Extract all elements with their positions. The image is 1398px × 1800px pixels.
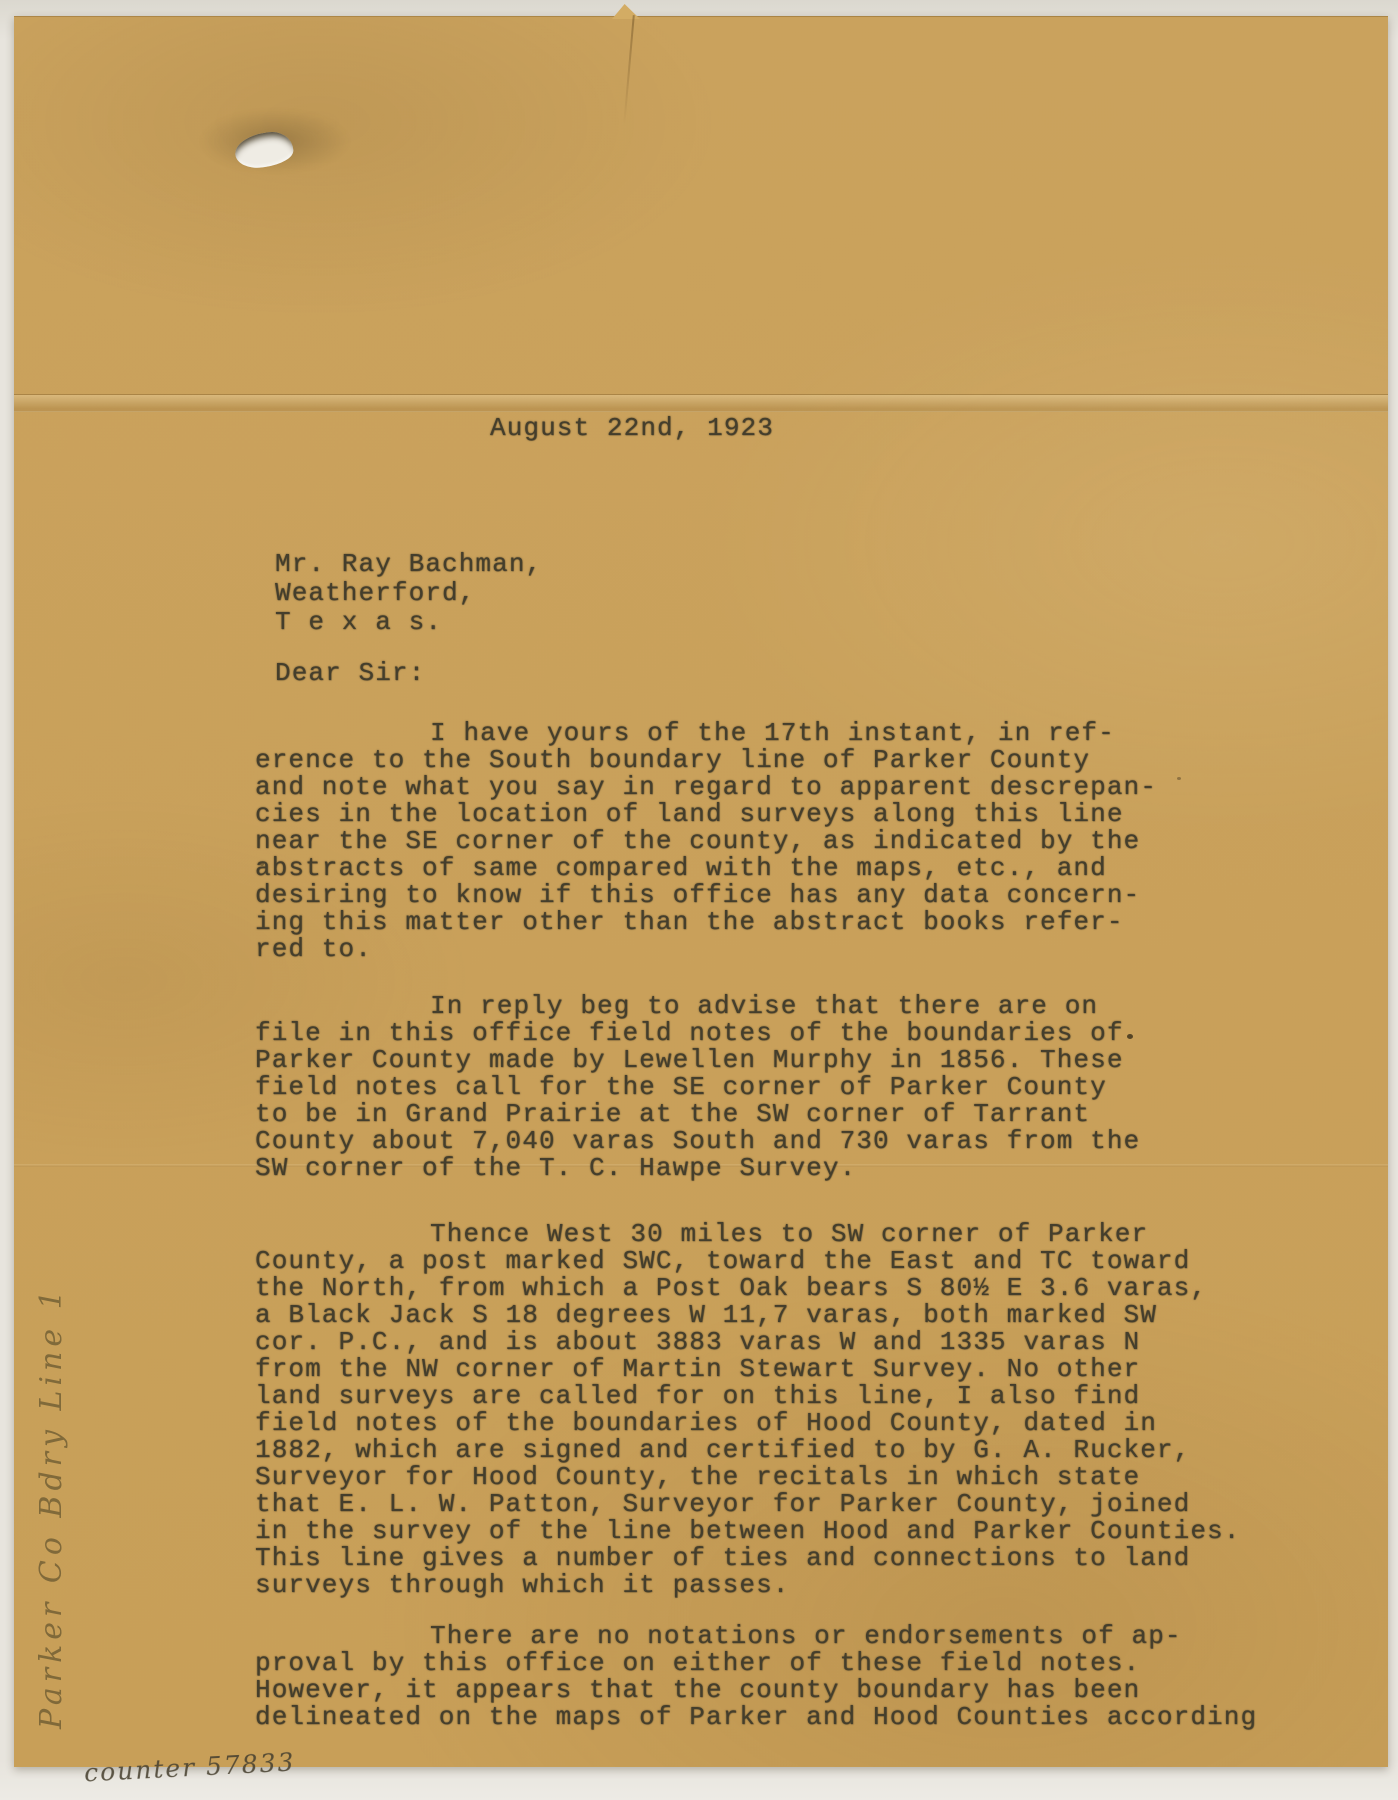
recipient-name: Mr. Ray Bachman, bbox=[275, 550, 542, 579]
typed-line: However, it appears that the county boun… bbox=[255, 1677, 1315, 1704]
typed-line: I have yours of the 17th instant, in ref… bbox=[255, 720, 1315, 747]
typed-line: desiring to know if this office has any … bbox=[255, 882, 1315, 909]
salutation: Dear Sir: bbox=[275, 660, 425, 687]
typed-line: SW corner of the T. C. Hawpe Survey. bbox=[255, 1155, 1315, 1182]
paper-tear-crease bbox=[623, 15, 635, 125]
paper-tear bbox=[612, 4, 640, 19]
typed-line: erence to the South boundary line of Par… bbox=[255, 747, 1315, 774]
typed-line: Parker County made by Lewellen Murphy in… bbox=[255, 1047, 1315, 1074]
typed-line: abstracts of same compared with the maps… bbox=[255, 855, 1315, 882]
typed-line: the North, from which a Post Oak bears S… bbox=[255, 1275, 1315, 1302]
typed-line: 1882, which are signed and certified to … bbox=[255, 1437, 1315, 1464]
typed-line: that E. L. W. Patton, Surveyor for Parke… bbox=[255, 1491, 1315, 1518]
typed-line: a Black Jack S 18 degrees W 11,7 varas, … bbox=[255, 1302, 1315, 1329]
paragraph: There are no notations or endorsements o… bbox=[255, 1623, 1315, 1731]
recipient-state: T e x a s. bbox=[275, 608, 542, 637]
typed-line: There are no notations or endorsements o… bbox=[255, 1623, 1315, 1650]
typed-line: ing this matter other than the abstract … bbox=[255, 909, 1315, 936]
typed-line: file in this office field notes of the b… bbox=[255, 1020, 1315, 1047]
fold-crease-top bbox=[14, 394, 1388, 412]
typed-line: land surveys are called for on this line… bbox=[255, 1383, 1315, 1410]
typed-line: cies in the location of land surveys alo… bbox=[255, 801, 1315, 828]
typed-line: cor. P.C., and is about 3883 varas W and… bbox=[255, 1329, 1315, 1356]
typed-line: near the SE corner of the county, as ind… bbox=[255, 828, 1315, 855]
typed-line: to be in Grand Prairie at the SW corner … bbox=[255, 1101, 1315, 1128]
paragraph: I have yours of the 17th instant, in ref… bbox=[255, 720, 1315, 963]
letter-paper: August 22nd, 1923 Mr. Ray Bachman, Weath… bbox=[14, 16, 1388, 1767]
typed-line: This line gives a number of ties and con… bbox=[255, 1545, 1315, 1572]
typed-line: red to. bbox=[255, 936, 1315, 963]
typed-line: Surveyor for Hood County, the recitals i… bbox=[255, 1464, 1315, 1491]
typed-line: and note what you say in regard to appar… bbox=[255, 774, 1315, 801]
typed-line: delineated on the maps of Parker and Hoo… bbox=[255, 1704, 1315, 1731]
typed-line: In reply beg to advise that there are on bbox=[255, 993, 1315, 1020]
margin-note-vertical: Parker Co Bdry Line 1 bbox=[34, 1285, 69, 1729]
recipient-address: Mr. Ray Bachman, Weatherford, T e x a s. bbox=[275, 550, 542, 637]
date-line: August 22nd, 1923 bbox=[490, 415, 774, 442]
recipient-city: Weatherford, bbox=[275, 579, 542, 608]
paragraph: In reply beg to advise that there are on… bbox=[255, 993, 1315, 1182]
letter-body: I have yours of the 17th instant, in ref… bbox=[255, 720, 1315, 1731]
typed-line: from the NW corner of Martin Stewart Sur… bbox=[255, 1356, 1315, 1383]
typed-line: proval by this office on either of these… bbox=[255, 1650, 1315, 1677]
paragraph: Thence West 30 miles to SW corner of Par… bbox=[255, 1221, 1315, 1599]
scanned-letter-screenshot: { "scan": { "background_color": "#e7e4dd… bbox=[0, 0, 1398, 1800]
typed-line: County, a post marked SWC, toward the Ea… bbox=[255, 1248, 1315, 1275]
typed-line: field notes call for the SE corner of Pa… bbox=[255, 1074, 1315, 1101]
typed-line: County about 7,040 varas South and 730 v… bbox=[255, 1128, 1315, 1155]
typed-line: field notes of the boundaries of Hood Co… bbox=[255, 1410, 1315, 1437]
typed-line: Thence West 30 miles to SW corner of Par… bbox=[255, 1221, 1315, 1248]
typed-line: surveys through which it passes. bbox=[255, 1572, 1315, 1599]
catalog-number-note: counter 57833 bbox=[83, 1747, 296, 1787]
typed-line: in the survey of the line between Hood a… bbox=[255, 1518, 1315, 1545]
